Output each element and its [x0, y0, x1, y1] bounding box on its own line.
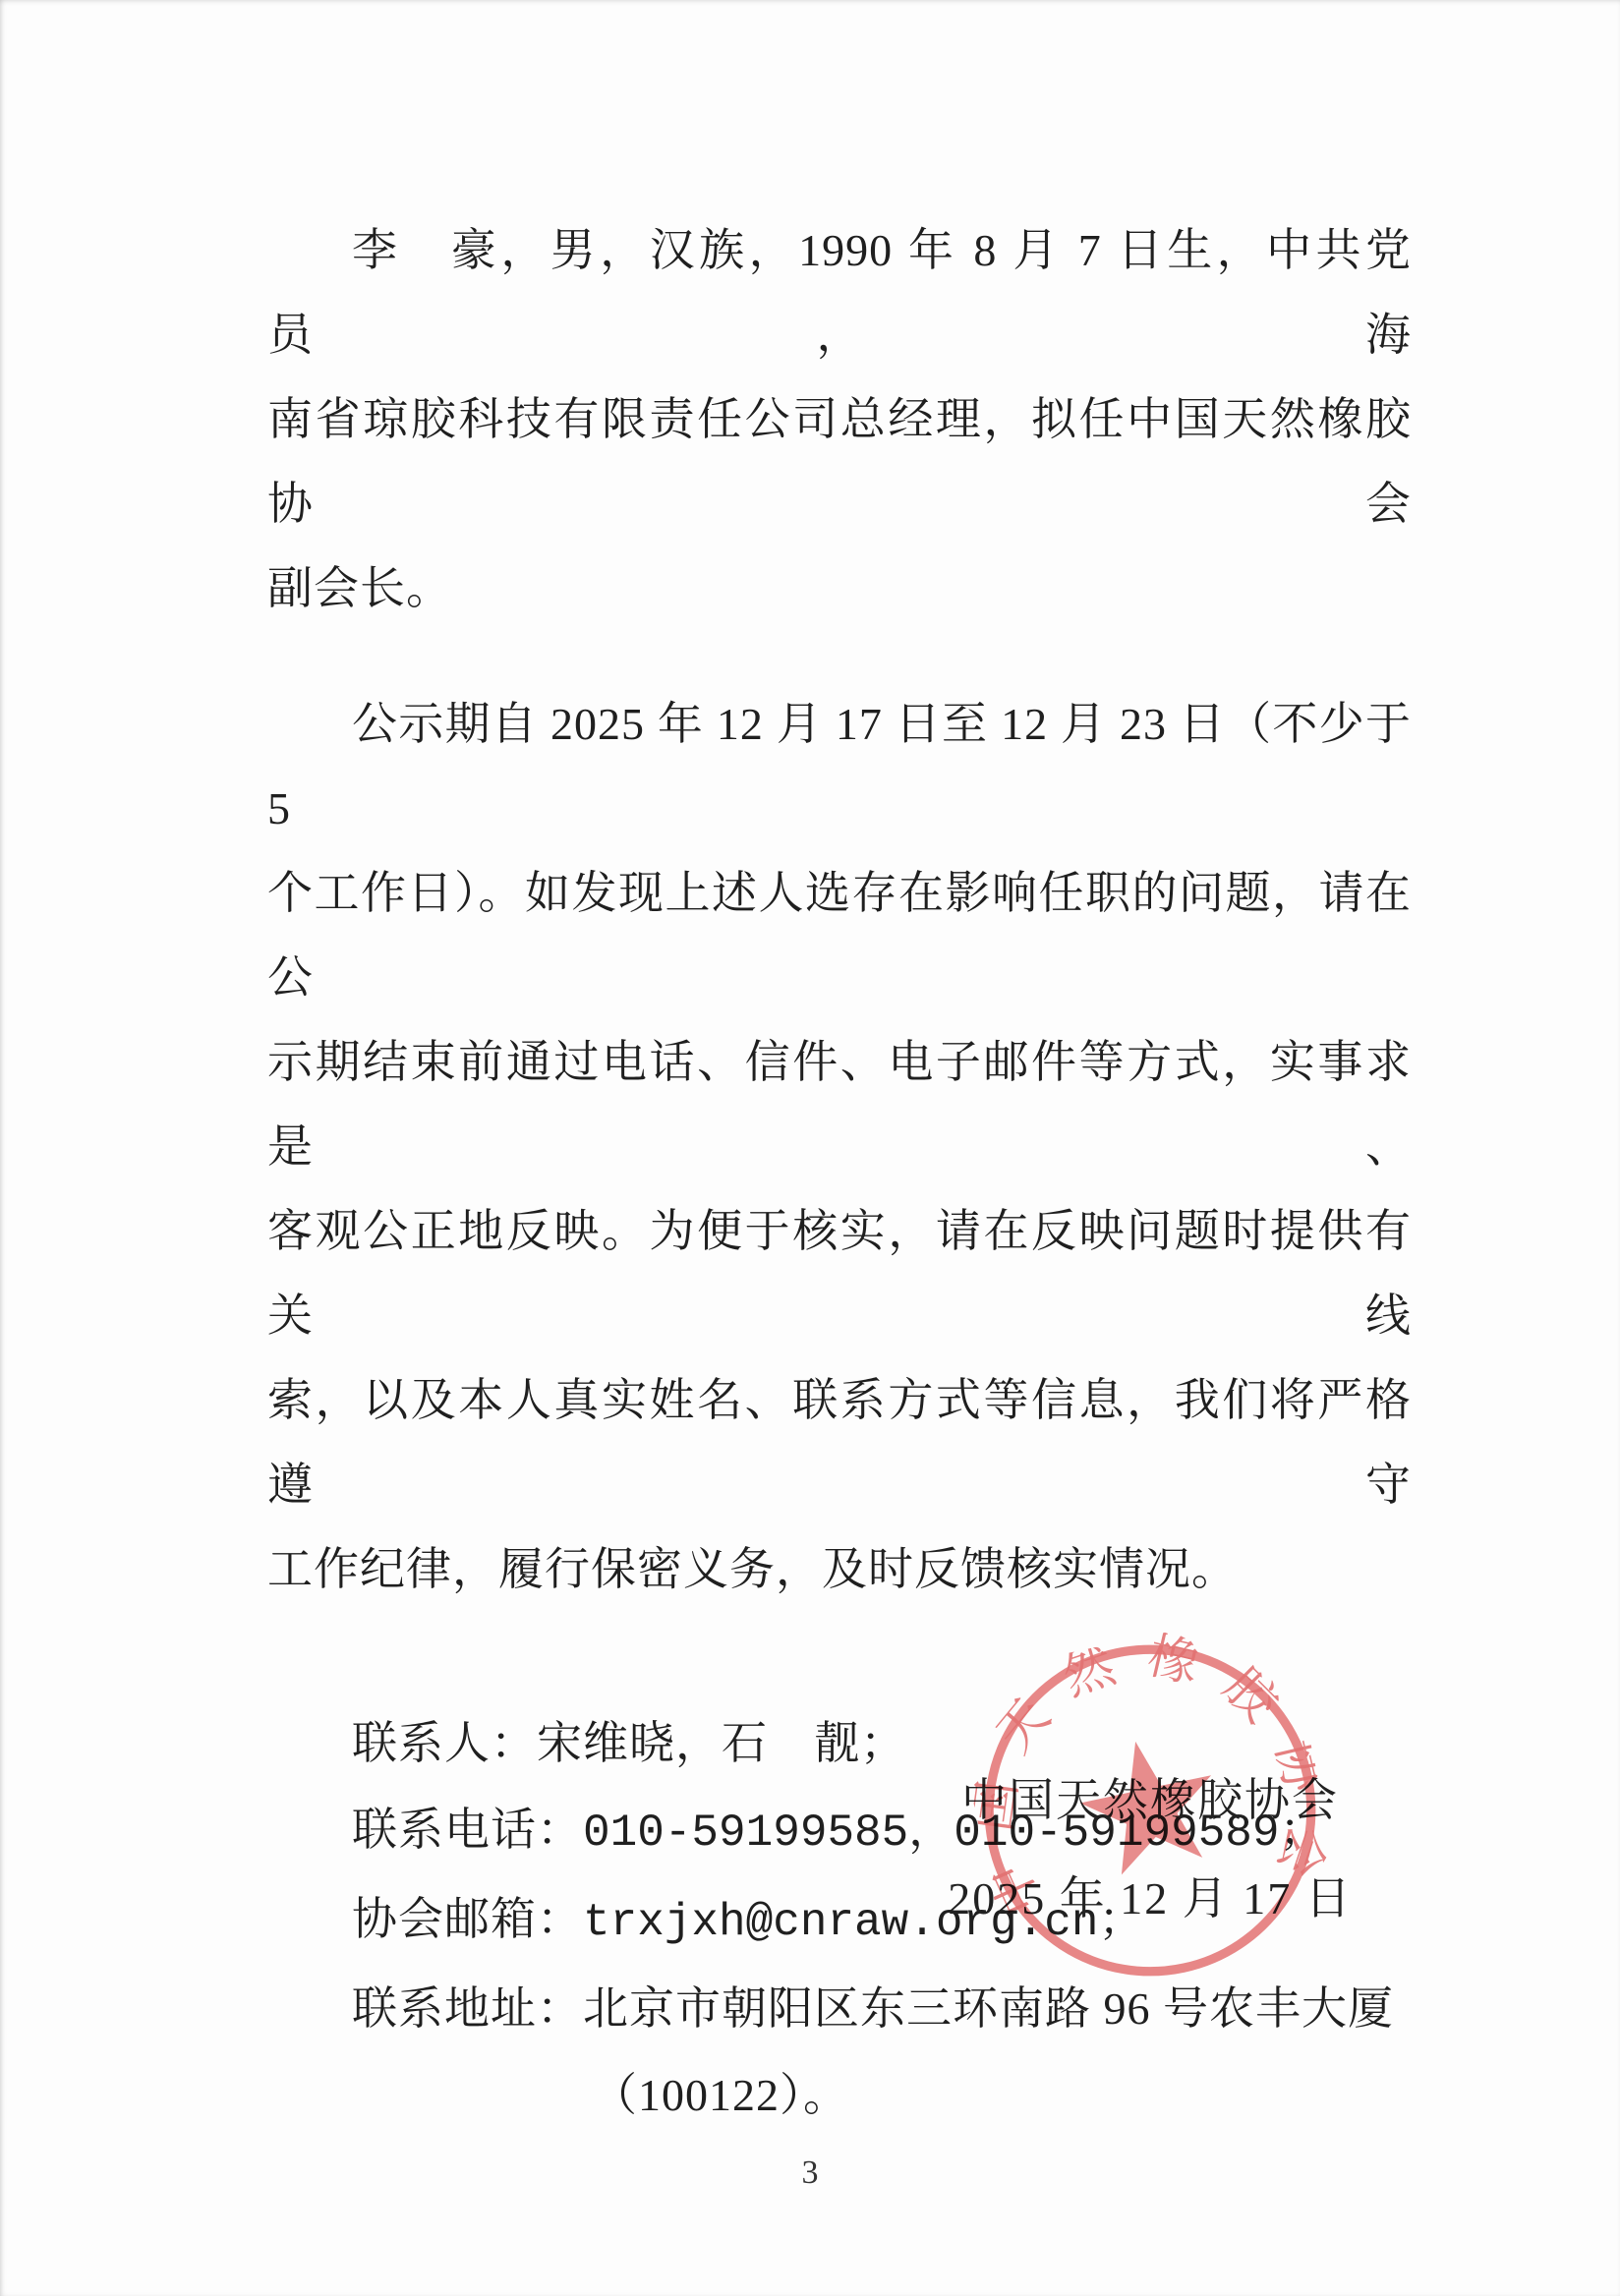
contact-address-value: 北京市朝阳区东三环南路 96 号农丰大厦	[583, 1983, 1394, 2034]
text-line: 示期结束前通过电话、信件、电子邮件等方式，实事求是、	[267, 1020, 1412, 1189]
text-line: 索，以及本人真实姓名、联系方式等信息，我们将严格遵守	[267, 1358, 1412, 1527]
contact-postcode-row: （100122）。	[267, 2052, 1412, 2139]
contact-email-label: 协会邮箱：	[352, 1894, 583, 1944]
paragraph-candidate-intro: 李 豪，男，汉族，1990 年 8 月 7 日生，中共党员，海 南省琼胶科技有限…	[267, 0, 1412, 631]
seal-star-icon	[1070, 1728, 1227, 1880]
text-line: 工作纪律，履行保密义务，及时反馈核实情况。	[267, 1527, 1412, 1612]
document-page: { "page": { "number": "3", "background_c…	[0, 0, 1620, 2296]
contact-person-value: 宋维晓，石 靓；	[537, 1718, 906, 1768]
page-number: 3	[0, 2154, 1620, 2192]
text-line: 客观公正地反映。为便于核实，请在反映问题时提供有关线	[267, 1189, 1412, 1358]
text-line: 公示期自 2025 年 12 月 17 日至 12 月 23 日（不少于 5	[267, 682, 1412, 851]
contact-address-label: 联系地址：	[352, 1983, 583, 2034]
contact-postcode-value: （100122）。	[592, 2070, 849, 2120]
official-seal: 中国天然橡胶协会	[948, 1608, 1354, 2014]
text-line: 副会长。	[267, 546, 1412, 631]
text-line: 南省琼胶科技有限责任公司总经理，拟任中国天然橡胶协会	[267, 377, 1412, 546]
contact-phone-label: 联系电话：	[352, 1805, 583, 1855]
text-line: 个工作日）。如发现上述人选存在影响任职的问题，请在公	[267, 851, 1412, 1020]
text-line: 李 豪，男，汉族，1990 年 8 月 7 日生，中共党员，海	[267, 208, 1412, 377]
contact-address-row: 联系地址：北京市朝阳区东三环南路 96 号农丰大厦	[267, 1966, 1412, 2052]
contact-person-label: 联系人：	[352, 1718, 537, 1768]
paragraph-public-notice-period: 公示期自 2025 年 12 月 17 日至 12 月 23 日（不少于 5 个…	[267, 682, 1412, 1612]
